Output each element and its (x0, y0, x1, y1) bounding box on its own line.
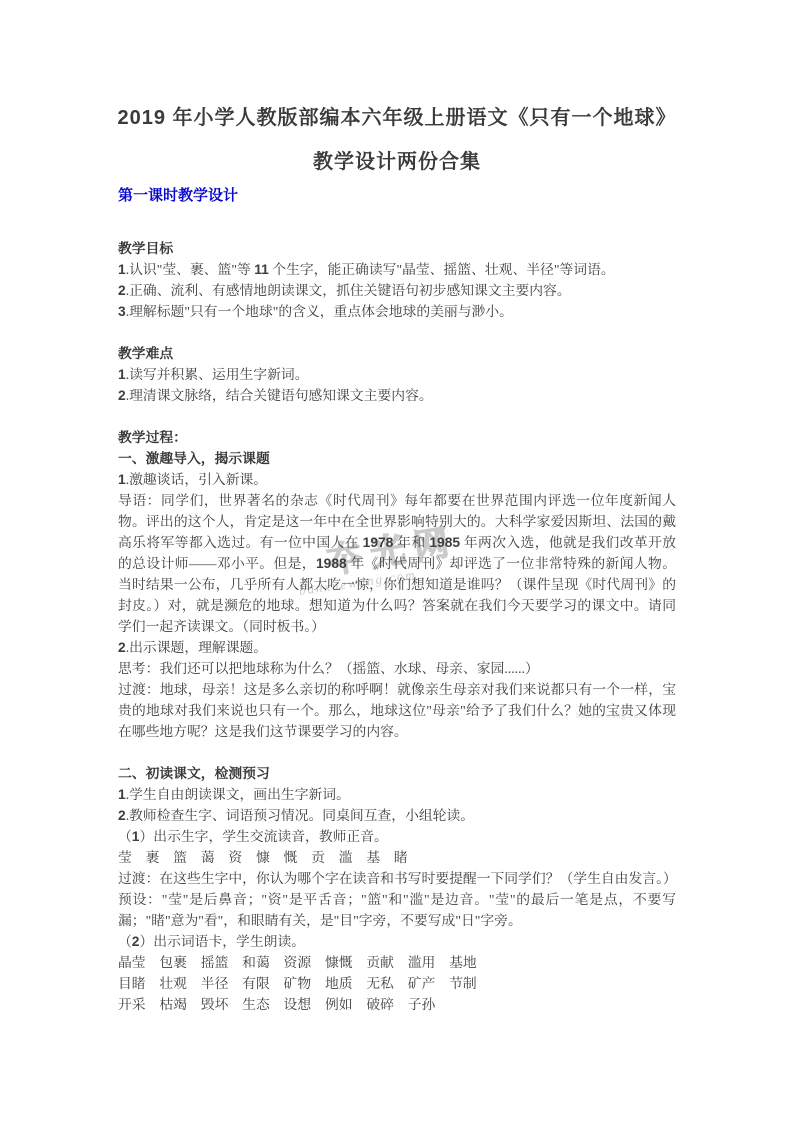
lesson-section-heading: 第一课时教学设计 (118, 186, 238, 206)
section-heading: 教学过程： (118, 427, 676, 448)
paragraph: 1.学生自由朗读课文，画出生字新词。 (118, 784, 676, 805)
paragraph: 2.出示课题，理解课题。 (118, 637, 676, 658)
paragraph: 2.理清课文脉络，结合关键语句感知课文主要内容。 (118, 385, 676, 406)
section-heading: 一、激趣导入，揭示课题 (118, 448, 676, 469)
blank-line (118, 742, 676, 763)
paragraph: 预设："莹"是后鼻音；"资"是平舌音；"篮"和"滥"是边音。"莹"的最后一笔是点… (118, 889, 676, 931)
paragraph: 2.教师检查生字、词语预习情况。同桌间互查，小组轮读。 (118, 805, 676, 826)
paragraph: 1.认识"莹、裹、篮"等 11 个生字，能正确读写"晶莹、摇篮、壮观、半径"等词… (118, 259, 676, 280)
paragraph: 过渡：在这些生字中，你认为哪个字在读音和书写时要提醒一下同学们？（学生自由发言。… (118, 868, 676, 889)
section-heading: 教学目标 (118, 238, 676, 259)
word-row: 晶莹 包裹 摇篮 和蔼 资源 慷慨 贡献 滥用 基地 (118, 952, 676, 973)
section-heading: 教学难点 (118, 343, 676, 364)
paragraph: 1.激趣谈话，引入新课。 (118, 469, 676, 490)
section-heading: 二、初读课文，检测预习 (118, 763, 676, 784)
blank-line (118, 322, 676, 343)
paragraph: 过渡：地球，母亲！这是多么亲切的称呼啊！就像亲生母亲对我们来说都只有一个一样，宝… (118, 679, 676, 742)
paragraph: 导语：同学们，世界著名的杂志《时代周刊》每年都要在世界范围内评选一位年度新闻人物… (118, 490, 676, 637)
paragraph: 思考：我们还可以把地球称为什么？（摇篮、水球、母亲、家园......） (118, 658, 676, 679)
document-body: 教学目标1.认识"莹、裹、篮"等 11 个生字，能正确读写"晶莹、摇篮、壮观、半… (118, 238, 676, 1015)
document-page: 夲光网 banxuewang.com banxuewang.com 2019 年… (0, 0, 793, 1122)
paragraph: 3.理解标题"只有一个地球"的含义，重点体会地球的美丽与渺小。 (118, 301, 676, 322)
word-row: 莹 裹 篮 蔼 资 慷 慨 贡 滥 基 睹 (118, 847, 676, 868)
paragraph: 1.读写并积累、运用生字新词。 (118, 364, 676, 385)
word-row: 目睹 壮观 半径 有限 矿物 地质 无私 矿产 节制 (118, 973, 676, 994)
paragraph: 2.正确、流利、有感情地朗读课文，抓住关键语句初步感知课文主要内容。 (118, 280, 676, 301)
paragraph: （2）出示词语卡，学生朗读。 (118, 931, 676, 952)
word-row: 开采 枯竭 毁坏 生态 设想 例如 破碎 子孙 (118, 994, 676, 1015)
paragraph: （1）出示生字，学生交流读音，教师正音。 (118, 826, 676, 847)
document-title: 2019 年小学人教版部编本六年级上册语文《只有一个地球》教学设计两份合集 (108, 96, 686, 184)
blank-line (118, 406, 676, 427)
